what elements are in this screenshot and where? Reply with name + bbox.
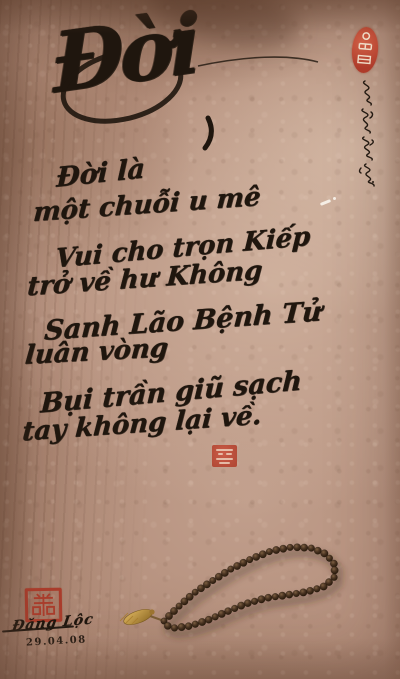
vertical-calligraphy-column-icon: [349, 78, 385, 190]
tassel-knot: [149, 609, 154, 614]
title-brush-flourish: [30, 20, 330, 160]
tassel: [122, 606, 154, 628]
verse-line: luân vòng: [24, 333, 170, 371]
artwork-date: 29.04.08: [26, 634, 87, 648]
red-oval-seal-icon: [350, 26, 380, 74]
paper-speck: [320, 199, 331, 206]
tassel-strands: [120, 613, 138, 624]
paper-speck: [333, 197, 336, 200]
artist-signature: Đăng Lộc: [11, 611, 95, 634]
bead-cord: [150, 616, 164, 621]
calligraphy-photo: Đời Đời là một chuỗi u mê Vui cho trọn K…: [0, 0, 400, 679]
oval-seal-glyphs: [350, 26, 380, 74]
red-square-seal-icon: [212, 445, 237, 467]
